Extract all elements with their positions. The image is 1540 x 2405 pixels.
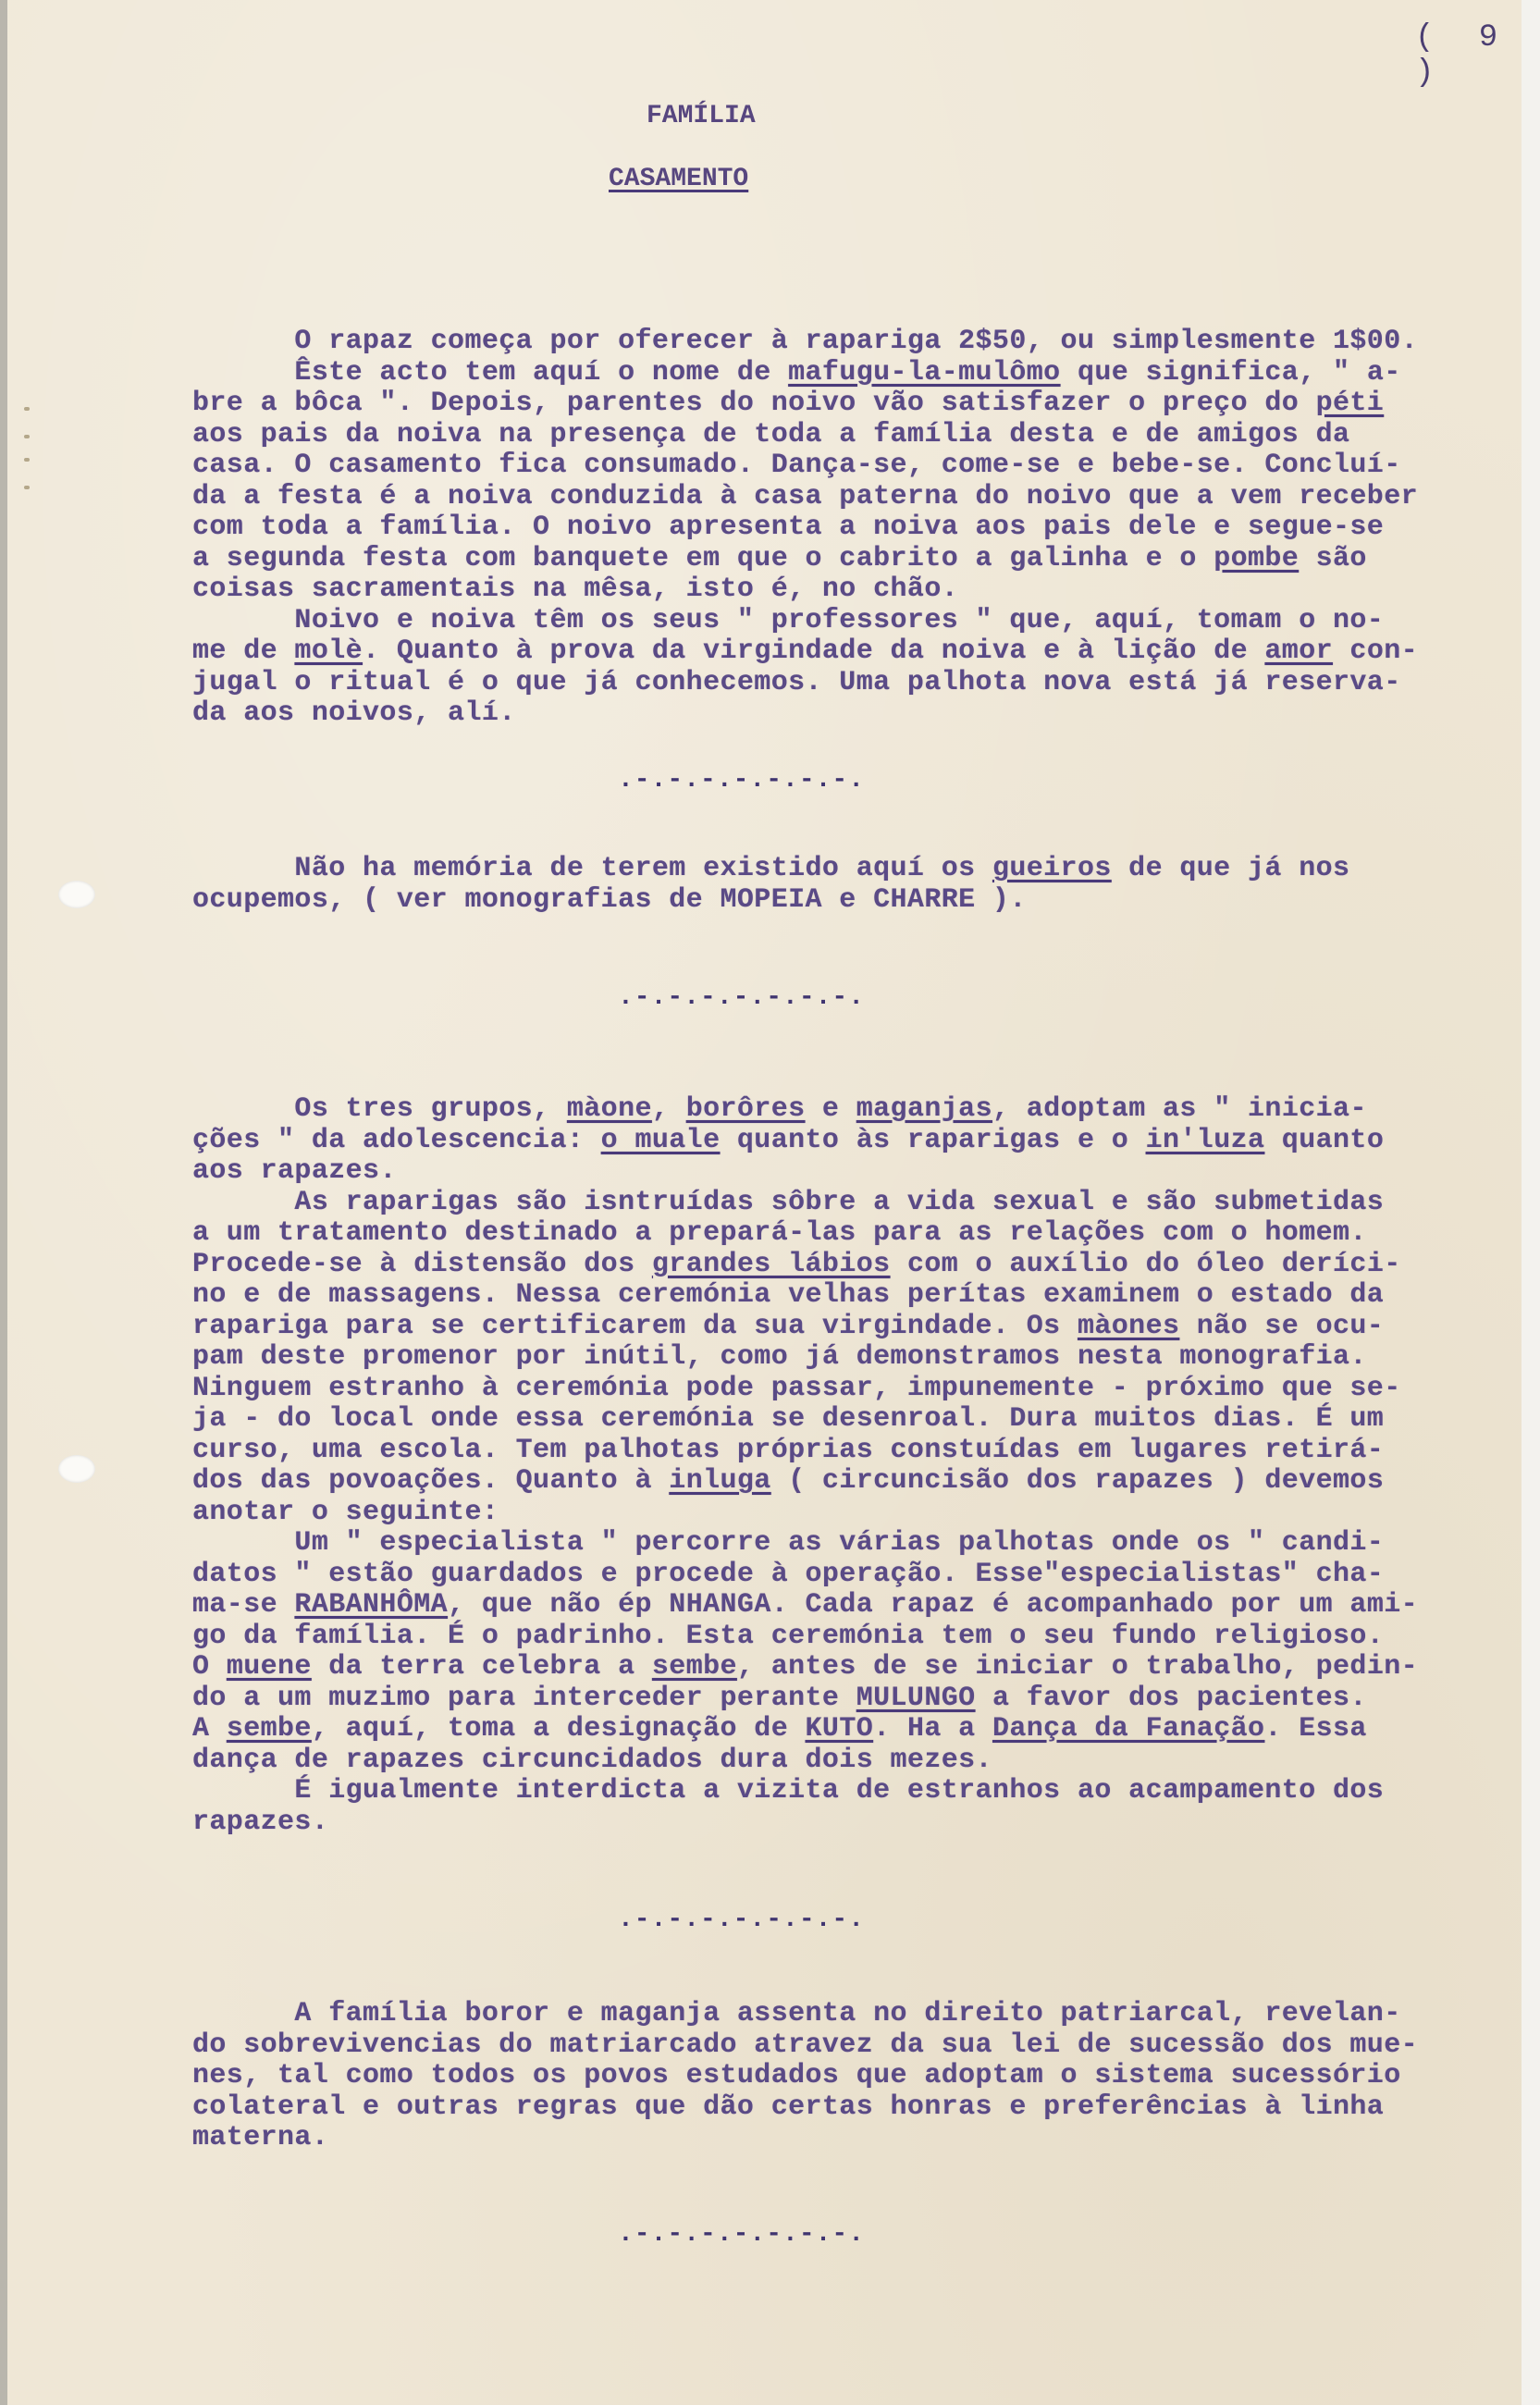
scan-edge-left bbox=[0, 0, 7, 2405]
text-line: materna. bbox=[192, 2122, 328, 2153]
text-line: a um tratamento destinado a prepará-las … bbox=[192, 1217, 1367, 1249]
margin-mark bbox=[24, 435, 30, 438]
text-line: curso, uma escola. Tem palhotas próprias… bbox=[192, 1435, 1384, 1466]
section-title: FAMÍLIA bbox=[647, 102, 756, 130]
text-line: a segunda festa com banquete em que o ca… bbox=[192, 543, 1367, 574]
text-line: da aos noivos, alí. bbox=[192, 697, 516, 729]
text-line: nes, tal como todos os povos estudados q… bbox=[192, 2060, 1401, 2091]
text-line: com toda a família. O noivo apresenta a … bbox=[192, 512, 1384, 543]
text-line: datos " estão guardados e procede à oper… bbox=[192, 1559, 1384, 1590]
text-line: bre a bôca ". Depois, parentes do noivo … bbox=[192, 388, 1384, 419]
text-line: aos pais da noiva na presença de toda a … bbox=[192, 419, 1349, 450]
text-line: me de molè. Quanto à prova da virgindade… bbox=[192, 635, 1418, 667]
text-line: O rapaz começa por oferecer à rapariga 2… bbox=[192, 326, 1418, 357]
text-line: rapariga para se certificarem da sua vir… bbox=[192, 1311, 1384, 1342]
text-line: do sobrevivencias do matriarcado atravez… bbox=[192, 2029, 1418, 2061]
separator: .-.-.-.-.-.-.-. bbox=[618, 983, 865, 1012]
text-line: Não ha memória de terem existido aquí os… bbox=[192, 853, 1349, 884]
text-line: ocupemos, ( ver monografias de MOPEIA e … bbox=[192, 884, 1027, 916]
text-line: pam deste promenor por inútil, como já d… bbox=[192, 1341, 1367, 1373]
punch-hole bbox=[58, 881, 95, 908]
text-line: As raparigas são isntruídas sôbre a vida… bbox=[192, 1187, 1384, 1218]
text-line: A sembe, aquí, toma a designação de KUTO… bbox=[192, 1713, 1367, 1745]
page-number: ( 9 ) bbox=[1415, 20, 1522, 91]
text-line: do a um muzimo para interceder perante M… bbox=[192, 1683, 1367, 1714]
text-line: rapazes. bbox=[192, 1807, 328, 1838]
text-line: É igualmente interdicta a vizita de estr… bbox=[192, 1775, 1384, 1807]
text-line: Êste acto tem aquí o nome de mafugu-la-m… bbox=[192, 357, 1401, 388]
text-line: Procede-se à distensão dos grandes lábio… bbox=[192, 1249, 1401, 1280]
text-line: dança de rapazes circuncidados dura dois… bbox=[192, 1745, 992, 1776]
margin-mark bbox=[24, 458, 30, 462]
text-line: aos rapazes. bbox=[192, 1155, 397, 1187]
text-line: da a festa é a noiva conduzida à casa pa… bbox=[192, 481, 1418, 512]
text-line: anotar o seguinte: bbox=[192, 1497, 499, 1528]
text-line: A família boror e maganja assenta no dir… bbox=[192, 1998, 1401, 2029]
separator: .-.-.-.-.-.-.-. bbox=[618, 1905, 865, 1934]
text-line: jugal o ritual é o que já conhecemos. Um… bbox=[192, 667, 1401, 698]
text-line: Noivo e noiva têm os seus " professores … bbox=[192, 605, 1384, 636]
text-line: Ninguem estranho à ceremónia pode passar… bbox=[192, 1373, 1401, 1404]
separator: .-.-.-.-.-.-.-. bbox=[618, 2220, 865, 2249]
text-line: casa. O casamento fica consumado. Dança-… bbox=[192, 450, 1401, 481]
margin-mark bbox=[24, 486, 30, 489]
typewritten-page: ( 9 ) FAMÍLIA CASAMENTO O rapaz começa p… bbox=[7, 0, 1522, 2405]
text-line: Um " especialista " percorre as várias p… bbox=[192, 1527, 1384, 1559]
text-line: O muene da terra celebra a sembe, antes … bbox=[192, 1651, 1418, 1683]
text-line: ma-se RABANHÔMA, que não ép NHANGA. Cada… bbox=[192, 1589, 1418, 1621]
margin-mark bbox=[24, 407, 30, 411]
text-line: no e de massagens. Nessa ceremónia velha… bbox=[192, 1279, 1384, 1311]
subsection-title: CASAMENTO bbox=[609, 165, 748, 193]
punch-hole bbox=[58, 1455, 95, 1483]
text-line: ções " da adolescencia: o muale quanto à… bbox=[192, 1125, 1384, 1156]
scan-edge-right bbox=[1522, 0, 1540, 2405]
text-line: ja - do local onde essa ceremónia se des… bbox=[192, 1403, 1384, 1435]
separator: .-.-.-.-.-.-.-. bbox=[618, 766, 865, 795]
text-line: colateral e outras regras que dão certas… bbox=[192, 2091, 1384, 2123]
text-line: Os tres grupos, màone, borôres e maganja… bbox=[192, 1093, 1367, 1125]
text-line: go da família. É o padrinho. Esta ceremó… bbox=[192, 1621, 1384, 1652]
text-line: coisas sacramentais na mêsa, isto é, no … bbox=[192, 573, 958, 605]
text-line: dos das povoações. Quanto à inluga ( cir… bbox=[192, 1465, 1384, 1497]
